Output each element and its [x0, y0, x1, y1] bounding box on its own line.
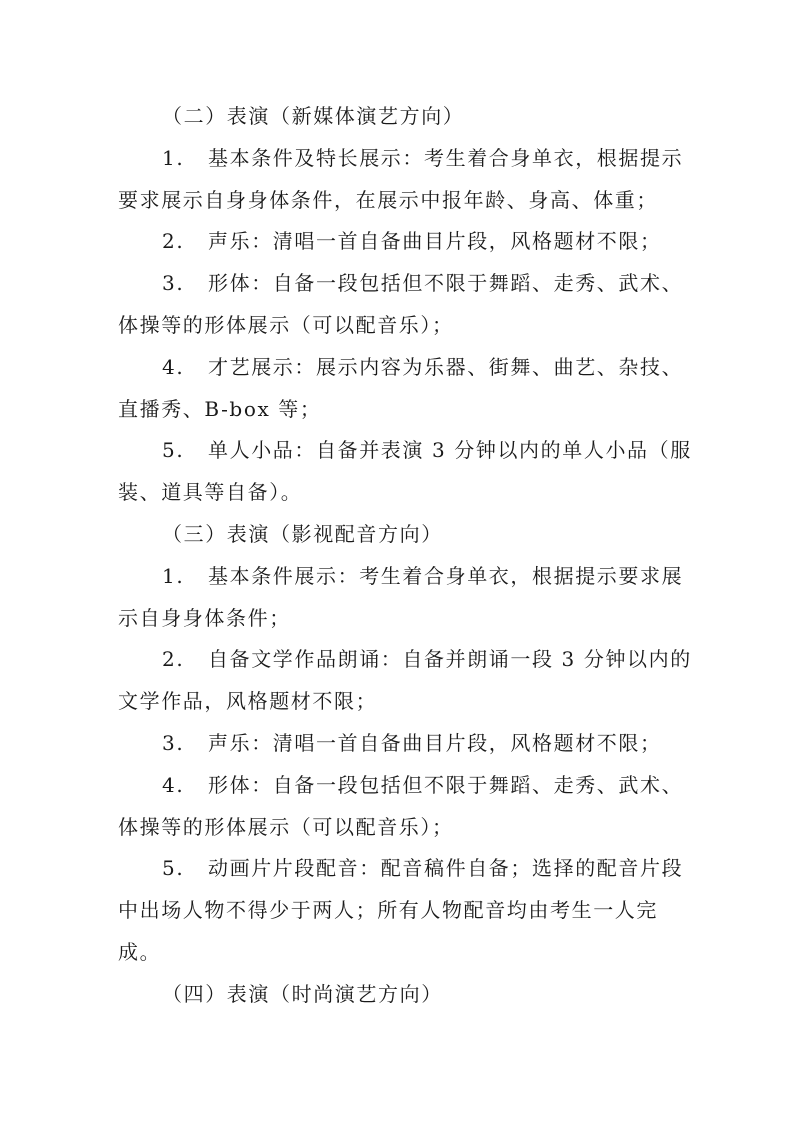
document-page: （二）表演（新媒体演艺方向） 1.基本条件及特长展示：考生着合身单衣，根据提示 …: [0, 0, 793, 1122]
list-item: 2.声乐：清唱一首自备曲目片段，风格题材不限；: [118, 221, 678, 263]
item-number: 4.: [162, 347, 208, 389]
item-number: 1.: [162, 138, 208, 180]
item-text: 基本条件及特长展示：考生着合身单衣，根据提示: [208, 146, 683, 170]
item-continuation: 直播秀、B-box 等；: [118, 389, 678, 431]
list-item: 1.基本条件展示：考生着合身单衣，根据提示要求展: [118, 556, 678, 598]
document-body: （二）表演（新媒体演艺方向） 1.基本条件及特长展示：考生着合身单衣，根据提示 …: [118, 96, 678, 1016]
item-continuation: 中出场人物不得少于两人；所有人物配音均由考生一人完: [118, 890, 678, 932]
item-number: 5.: [162, 848, 208, 890]
item-text: 形体：自备一段包括但不限于舞蹈、走秀、武术、: [208, 271, 683, 295]
section-heading: （四）表演（时尚演艺方向）: [118, 974, 678, 1016]
item-number: 5.: [162, 430, 208, 472]
item-number: 2.: [162, 221, 208, 263]
item-number: 1.: [162, 556, 208, 598]
list-item: 4.才艺展示：展示内容为乐器、街舞、曲艺、杂技、: [118, 347, 678, 389]
list-item: 4.形体：自备一段包括但不限于舞蹈、走秀、武术、: [118, 765, 678, 807]
item-text: 才艺展示：展示内容为乐器、街舞、曲艺、杂技、: [208, 355, 683, 379]
list-item: 1.基本条件及特长展示：考生着合身单衣，根据提示: [118, 138, 678, 180]
list-item: 3.声乐：清唱一首自备曲目片段，风格题材不限；: [118, 723, 678, 765]
section-heading: （三）表演（影视配音方向）: [118, 514, 678, 556]
item-number: 2.: [162, 639, 208, 681]
item-text: 形体：自备一段包括但不限于舞蹈、走秀、武术、: [208, 773, 683, 797]
list-item: 2.自备文学作品朗诵：自备并朗诵一段 3 分钟以内的: [118, 639, 678, 681]
item-continuation: 文学作品，风格题材不限；: [118, 681, 678, 723]
item-text: 声乐：清唱一首自备曲目片段，风格题材不限；: [208, 229, 662, 253]
section-heading: （二）表演（新媒体演艺方向）: [118, 96, 678, 138]
list-item: 5.单人小品：自备并表演 3 分钟以内的单人小品（服: [118, 430, 678, 472]
item-text: 单人小品：自备并表演 3 分钟以内的单人小品（服: [208, 438, 692, 462]
item-continuation: 要求展示自身身体条件，在展示中报年龄、身高、体重；: [118, 180, 678, 222]
item-number: 4.: [162, 765, 208, 807]
item-number: 3.: [162, 723, 208, 765]
item-continuation: 装、道具等自备）。: [118, 472, 678, 514]
list-item: 5.动画片片段配音：配音稿件自备；选择的配音片段: [118, 848, 678, 890]
item-text: 基本条件展示：考生着合身单衣，根据提示要求展: [208, 564, 683, 588]
item-continuation: 体操等的形体展示（可以配音乐）；: [118, 807, 678, 849]
list-item: 3.形体：自备一段包括但不限于舞蹈、走秀、武术、: [118, 263, 678, 305]
item-continuation: 成。: [118, 932, 678, 974]
item-text: 声乐：清唱一首自备曲目片段，风格题材不限；: [208, 731, 662, 755]
item-continuation: 体操等的形体展示（可以配音乐）；: [118, 305, 678, 347]
item-continuation: 示自身身体条件；: [118, 598, 678, 640]
item-text: 自备文学作品朗诵：自备并朗诵一段 3 分钟以内的: [208, 647, 692, 671]
item-text: 动画片片段配音：配音稿件自备；选择的配音片段: [208, 856, 683, 880]
item-number: 3.: [162, 263, 208, 305]
